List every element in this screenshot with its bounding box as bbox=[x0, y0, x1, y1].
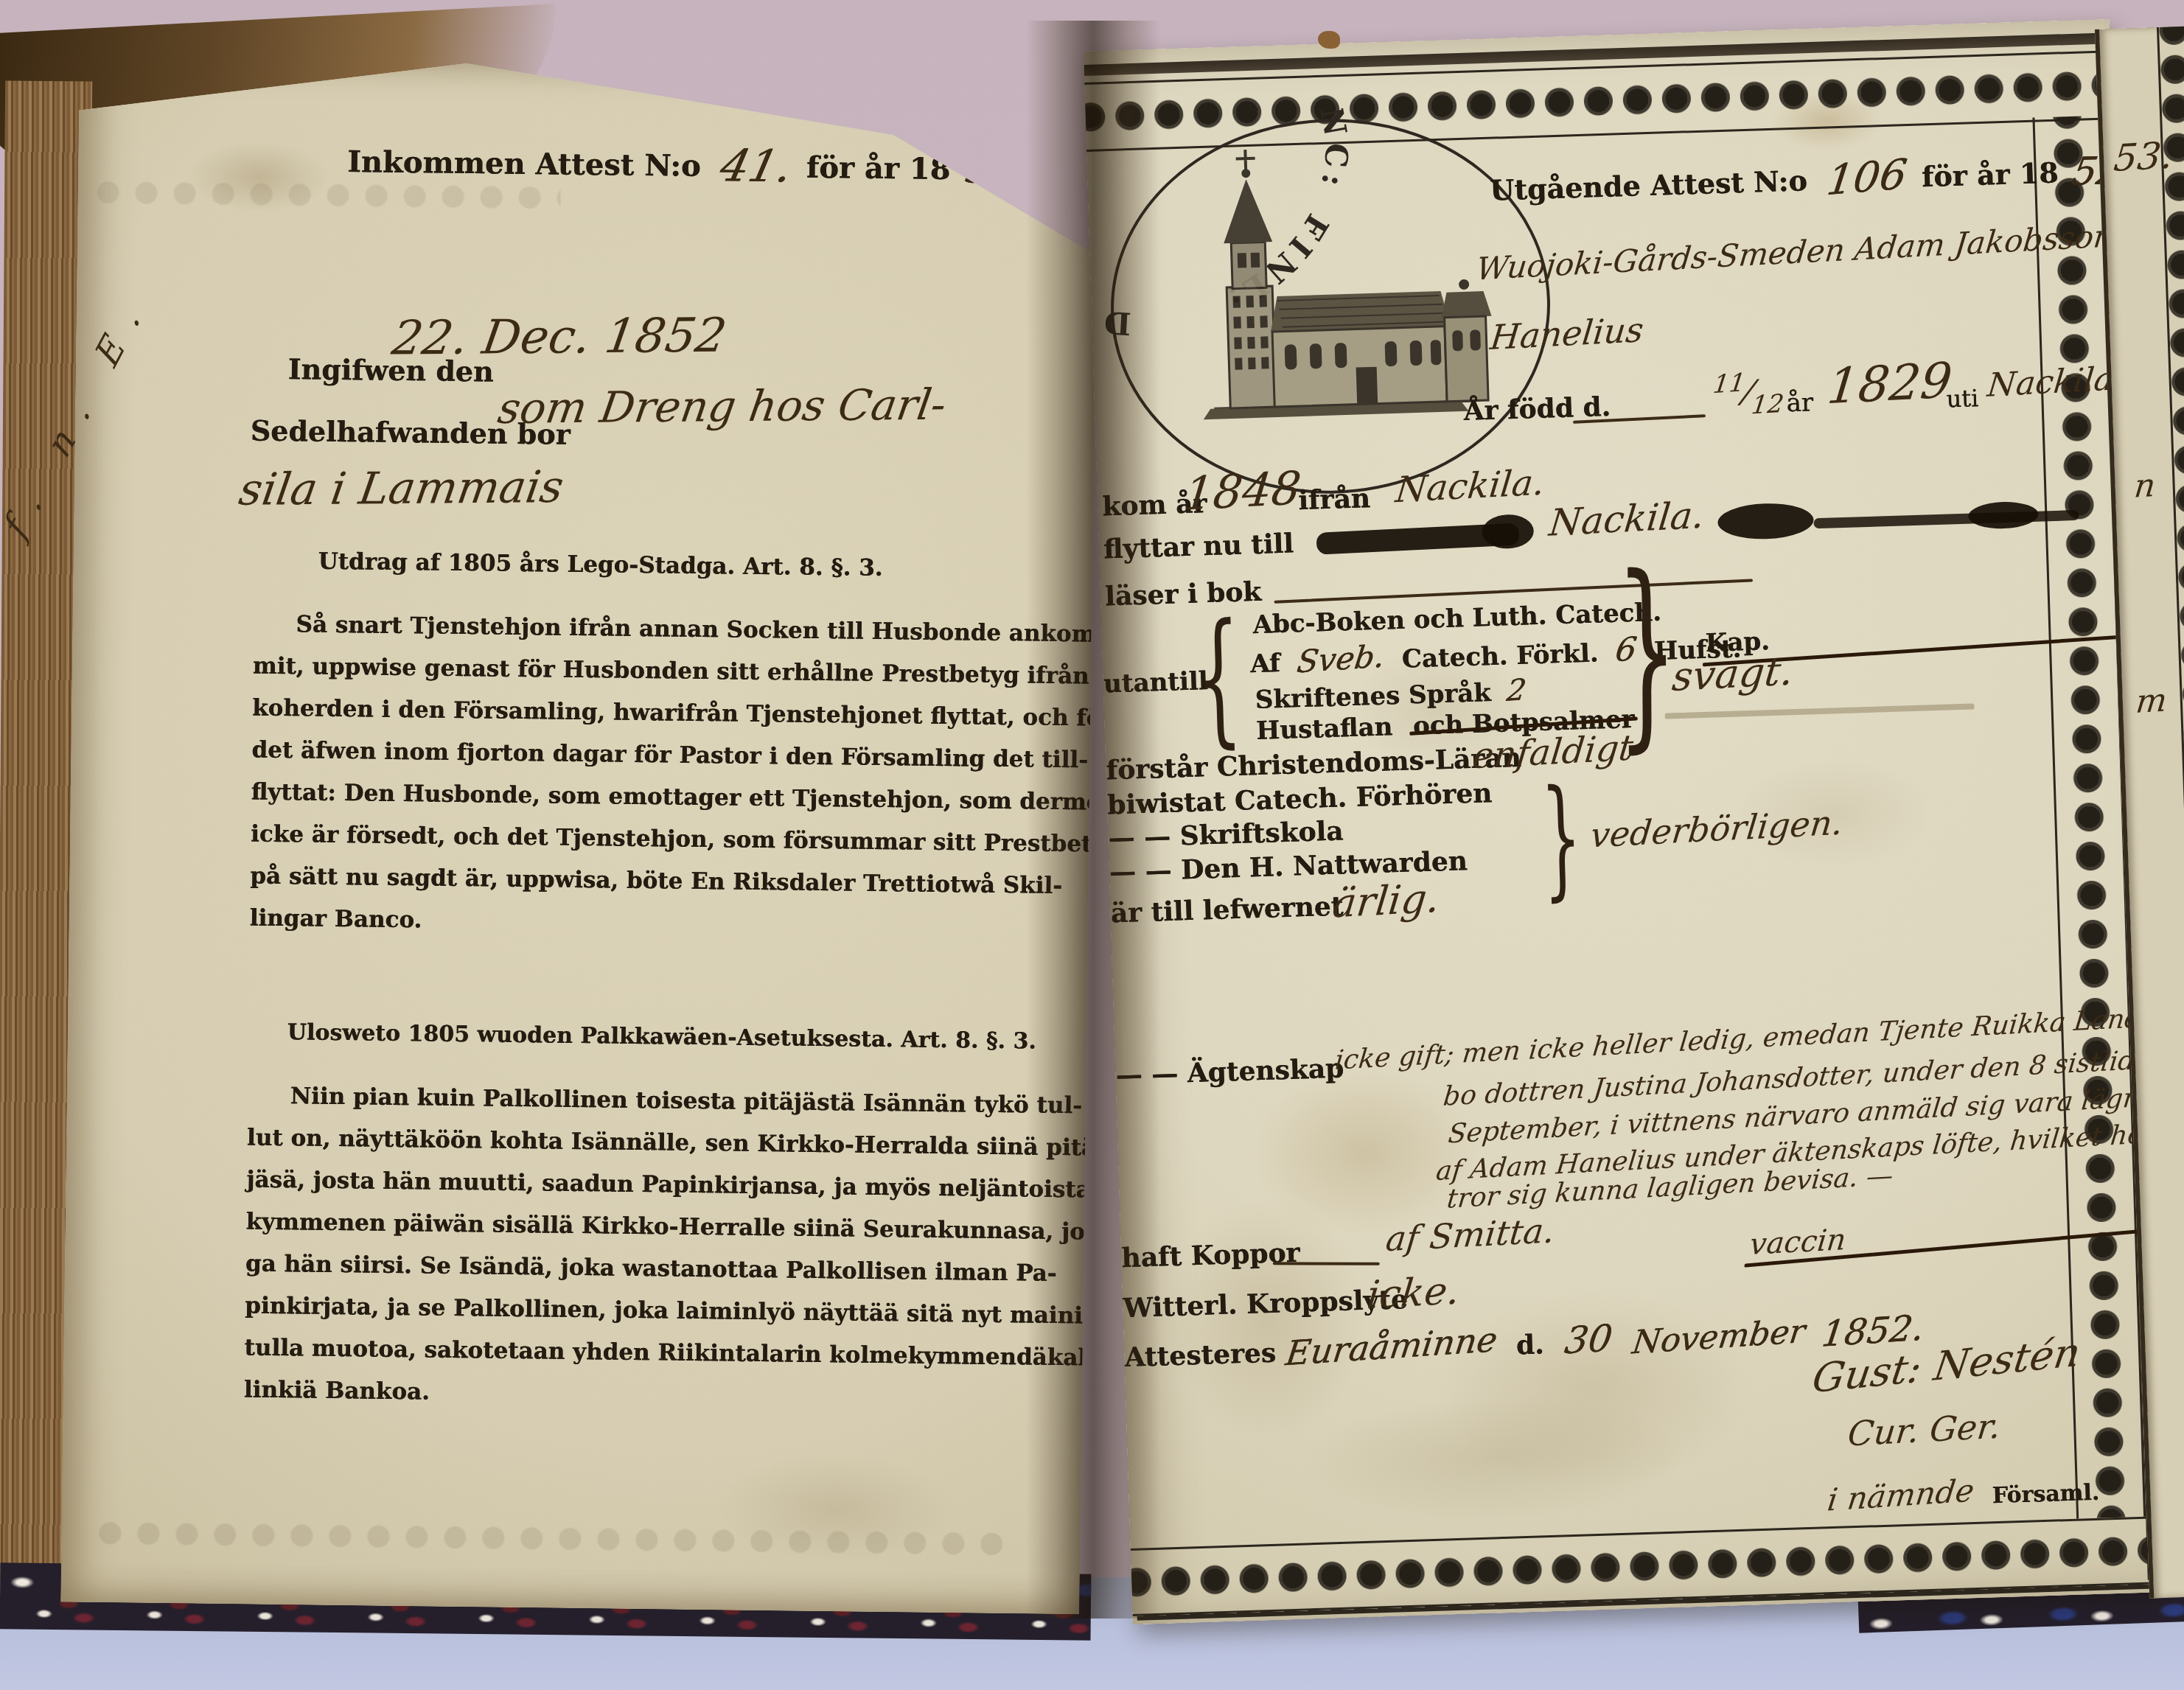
ink-slash-mark bbox=[952, 74, 994, 144]
left-page: Inkommen Attest N:o 41. för år 18 52 22.… bbox=[60, 59, 1098, 1615]
born-date-denominator: 12 bbox=[1750, 389, 1786, 421]
left-attest-number: 41. bbox=[716, 143, 798, 190]
person-name-line2: Hanelius bbox=[1489, 312, 1645, 355]
finnish-statute-paragraph: Niin pian kuin Palkollinen toisesta pitä… bbox=[243, 1075, 1169, 1422]
moves-label: flyttar nu till bbox=[1103, 530, 1294, 564]
person-name-line1: Wuojoki-Gårds-Smeden Adam Jakobsson bbox=[1475, 220, 2115, 284]
right-attest-header-label: Utgående Attest N:o bbox=[1490, 166, 1808, 205]
brace-grade-handwritten: vederbörligen. bbox=[1589, 805, 1845, 852]
signature-parish-line: i nämnde Församl. bbox=[1827, 1471, 2099, 1516]
finnish-statute-title: Ulosweto 1805 wuoden Palkkawäen-Asetukse… bbox=[287, 1021, 1036, 1053]
rosette-border-underlying bbox=[2157, 27, 2184, 1596]
attest-d-label: d. bbox=[1515, 1331, 1544, 1360]
born-date-numerator: 11 bbox=[1712, 368, 1748, 399]
utantill-label: utantill bbox=[1103, 668, 1208, 698]
left-attest-year: 52 bbox=[962, 148, 1022, 190]
book-line3-printed: Skriftenes Språk bbox=[1255, 680, 1491, 714]
residence-handwritten-line2: sila i Lammais bbox=[237, 465, 567, 512]
next-page-partial-text-1: n bbox=[2132, 469, 2157, 503]
forhoren-label: biwistat Catech. Förhören bbox=[1107, 780, 1493, 820]
parish-printed: Församl. bbox=[1992, 1480, 2099, 1509]
born-place-handwritten: Nackila. bbox=[1986, 363, 2125, 402]
koppor-value-handwritten: af Smitta. bbox=[1384, 1213, 1556, 1256]
koppor-dash-line bbox=[1273, 1262, 1380, 1265]
ink-slash-mark bbox=[1044, 111, 1076, 172]
came-place-handwritten: Nackila. bbox=[1394, 464, 1546, 508]
book-line2-handwritten-1: Sveb. bbox=[1295, 640, 1386, 678]
swedish-statute-title: Utdrag af 1805 års Lego-Stadga. Art. 8. … bbox=[318, 550, 882, 581]
swedish-statute-paragraph: Så snart Tjenstehjon ifrån annan Socken … bbox=[249, 604, 1154, 951]
photo-of-open-church-book: { "palette":{ "background_top":"#c6b3bd"… bbox=[0, 0, 2184, 1690]
next-page-partial-text-2: m bbox=[2135, 685, 2169, 719]
next-page-number: 53. bbox=[2112, 136, 2174, 177]
ink-blot bbox=[1717, 502, 1814, 540]
kroppslyte-value-handwritten: icke. bbox=[1365, 1271, 1461, 1315]
lefwernet-label: är till lefwernet bbox=[1110, 893, 1344, 929]
right-curly-brace-small: } bbox=[1540, 772, 1583, 903]
koppor-label: haft Koppor bbox=[1121, 1240, 1300, 1273]
born-year-handwritten: 1829 bbox=[1825, 356, 1954, 411]
attest-label: Attesteres bbox=[1124, 1340, 1276, 1372]
reads-hand-line bbox=[1274, 579, 1754, 603]
lefwernet-grade-handwritten: ärlig. bbox=[1330, 879, 1441, 924]
grade-handwritten: svagt. bbox=[1670, 651, 1796, 697]
residence-handwritten-line1: som Dreng hos Carl- bbox=[495, 383, 949, 430]
came-ifran-label: ifrån bbox=[1298, 485, 1371, 515]
skriftskola-label: — — Skriftskola bbox=[1108, 817, 1344, 853]
born-ar-label: år bbox=[1786, 390, 1814, 417]
attest-month-handwritten: November bbox=[1630, 1315, 1807, 1361]
ghost-stamp-showthrough-bottom bbox=[91, 1509, 1005, 1568]
signature-title: Cur. Ger. bbox=[1846, 1409, 2003, 1451]
left-attest-header: Inkommen Attest N:o 41. för år 18 52 bbox=[347, 134, 1018, 189]
stain bbox=[1432, 1284, 1755, 1492]
right-attest-header-mid: för år 18 bbox=[1921, 158, 2059, 192]
marriage-label: — — Ägtenskap bbox=[1115, 1055, 1344, 1091]
paper-spot bbox=[1318, 31, 1340, 49]
parish-hand: i nämnde bbox=[1825, 1472, 1976, 1518]
right-attest-number: 106 bbox=[1824, 153, 1909, 203]
book-line4-printed: Hustaflan bbox=[1256, 714, 1393, 744]
born-uti-label: uti bbox=[1946, 386, 1979, 412]
ink-blot bbox=[1482, 514, 1534, 549]
right-page-certificate: DIOECESIS ABOENSIS. MAGNI PRINC: FINL: bbox=[1084, 19, 2158, 1624]
came-year-handwritten: 1848 bbox=[1182, 465, 1303, 517]
ink-smear bbox=[1813, 510, 2079, 528]
book-list-line1: Abc-Boken och Luth. Catech. bbox=[1252, 600, 1661, 639]
ingifwen-label: Ingifwen den bbox=[287, 355, 493, 386]
right-curly-brace-big: } bbox=[1616, 549, 1679, 755]
attest-place-handwritten: Euraåminne bbox=[1284, 1321, 1499, 1371]
diocese-seal: DIOECESIS ABOENSIS. MAGNI PRINC: FINL: bbox=[1095, 102, 1567, 510]
book-list-line3: Skriftenes Språk 2 bbox=[1255, 675, 1526, 715]
left-attest-header-mid: för år 18 bbox=[806, 153, 951, 185]
book-line2-printed-a: Af bbox=[1250, 651, 1281, 678]
ink-blot bbox=[1968, 501, 2039, 530]
born-date-fraction: 11⁄12 bbox=[1713, 367, 1784, 421]
attest-day-handwritten: 30 bbox=[1562, 1319, 1614, 1361]
book-line2-printed-b: Catech. Förkl. bbox=[1401, 640, 1599, 673]
faint-smear-line bbox=[1665, 703, 1975, 719]
stain bbox=[1303, 1389, 1690, 1526]
book-line3-handwritten: 2 bbox=[1505, 674, 1528, 707]
left-attest-header-label: Inkommen Attest N:o bbox=[347, 147, 701, 182]
